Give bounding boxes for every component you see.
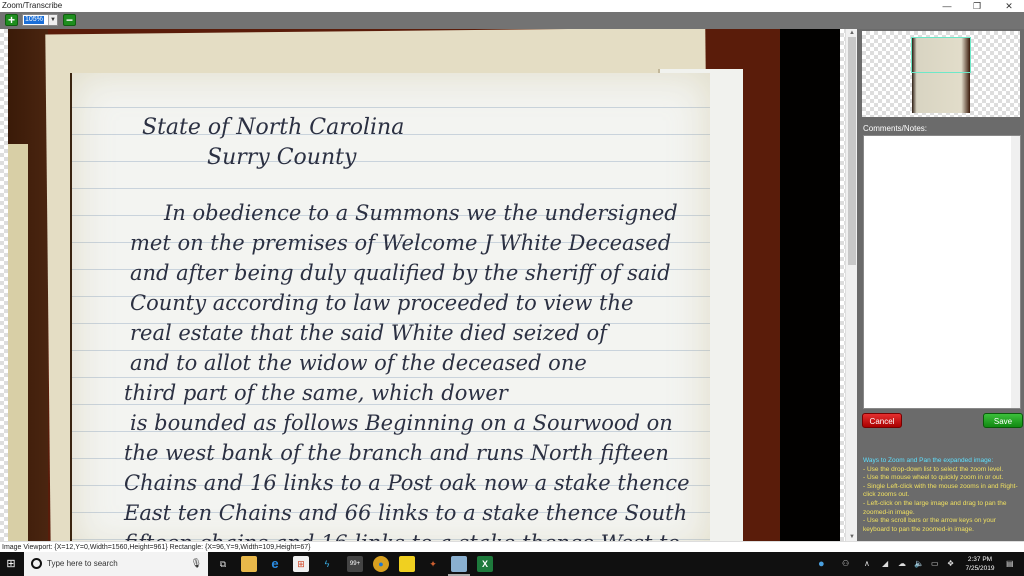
help-item: - Left-click on the large image and drag…	[863, 500, 1023, 517]
edge-icon[interactable]: e	[267, 556, 283, 572]
microphone-icon[interactable]: 🎙	[191, 558, 202, 569]
windows-start-icon[interactable]: ⊞	[0, 552, 22, 576]
zoom-in-button[interactable]: +	[5, 14, 18, 26]
handwritten-line: Chains and 16 links to a Post oak now a …	[124, 471, 690, 495]
zoom-out-button[interactable]: −	[63, 14, 76, 26]
viewport-rectangle[interactable]	[911, 37, 971, 73]
handwritten-line: is bounded as follows Beginning on a Sou…	[130, 411, 673, 435]
chrome-icon[interactable]: ●	[373, 556, 389, 572]
zoom-level-value: 105%	[24, 16, 44, 24]
vertical-scrollbar[interactable]: ▲ ▼	[845, 29, 857, 541]
handwritten-line: State of North Carolina	[142, 115, 404, 140]
handwritten-line: and to allot the widow of the deceased o…	[130, 351, 587, 375]
taskbar: ⊞ Type here to search 🎙 ⧉ e ⊞ ϟ 99+ ● ✦ …	[0, 552, 1024, 576]
window-title: Zoom/Transcribe	[2, 0, 62, 12]
comments-textarea[interactable]	[863, 135, 1021, 409]
search-placeholder: Type here to search	[47, 552, 118, 576]
zoom-level-dropdown[interactable]: 105% ▼	[22, 14, 58, 26]
people-icon[interactable]: ⚇	[842, 552, 849, 576]
handwritten-line: third part of the same, which dower	[124, 381, 508, 405]
volume-icon[interactable]: 🔈	[914, 552, 924, 576]
help-item: - Use the drop-down list to select the z…	[863, 466, 1023, 475]
image-viewport[interactable]: State of North Carolina Surry County In …	[0, 29, 845, 541]
comments-label: Comments/Notes:	[863, 124, 927, 133]
onedrive-icon[interactable]: ☁	[898, 552, 906, 576]
excel-icon[interactable]: X	[477, 556, 493, 572]
chevron-down-icon[interactable]: ▼	[48, 15, 57, 25]
clock-time: 2:37 PM	[960, 555, 1000, 564]
clock[interactable]: 2:37 PM 7/25/2019	[960, 555, 1000, 573]
minimize-button[interactable]: —	[932, 0, 962, 12]
handwritten-line: real estate that the said White died sei…	[130, 321, 607, 345]
app-badge-icon[interactable]: 99+	[347, 556, 363, 572]
handwritten-line: County according to law proceeded to vie…	[130, 291, 633, 315]
handwritten-line: East ten Chains and 66 links to a stake …	[124, 501, 687, 525]
clock-date: 7/25/2019	[960, 564, 1000, 573]
battery-icon[interactable]: ▭	[931, 552, 939, 576]
task-view-icon[interactable]: ⧉	[215, 556, 231, 572]
file-explorer-icon[interactable]	[241, 556, 257, 572]
cancel-button[interactable]: Cancel	[862, 413, 902, 428]
chevron-up-icon[interactable]: ∧	[864, 552, 870, 576]
handwritten-line: met on the premises of Welcome J White D…	[130, 231, 671, 255]
thumbnail-navigator[interactable]	[862, 31, 1020, 117]
toolbar: + 105% ▼ −	[0, 12, 1024, 29]
help-item: - Use the scroll bars or the arrow keys …	[863, 517, 1023, 534]
sticky-notes-icon[interactable]	[399, 556, 415, 572]
plus-icon: +	[8, 13, 15, 27]
handwritten-page: State of North Carolina Surry County In …	[70, 73, 710, 541]
comments-scrollbar[interactable]	[1011, 136, 1020, 408]
scrollbar-thumb[interactable]	[848, 37, 856, 265]
app-blue-icon[interactable]: ϟ	[319, 556, 335, 572]
network-icon[interactable]: ◢	[882, 552, 888, 576]
close-button[interactable]: ✕	[994, 0, 1024, 12]
help-title: Ways to Zoom and Pan the expanded image:	[863, 457, 1023, 466]
handwritten-line: Surry County	[207, 145, 356, 170]
maximize-button[interactable]: ❐	[962, 0, 992, 12]
document-photo[interactable]: State of North Carolina Surry County In …	[8, 29, 840, 541]
help-tray-icon[interactable]: ●	[818, 552, 825, 576]
handwritten-line: fifteen chains and 16 links to a stake t…	[124, 531, 680, 541]
handwritten-line: the west bank of the branch and runs Nor…	[124, 441, 669, 465]
handwritten-line: and after being duly qualified by the sh…	[130, 261, 671, 285]
status-bar: Image Viewport: {X=12,Y=0,Width=1560,Hei…	[0, 541, 1024, 552]
help-item: - Use the mouse wheel to quickly zoom in…	[863, 474, 1023, 483]
save-button[interactable]: Save	[983, 413, 1023, 428]
handwritten-line: In obedience to a Summons we the undersi…	[164, 201, 678, 225]
notifications-icon[interactable]: ▤	[1006, 552, 1014, 576]
title-bar: Zoom/Transcribe — ❐ ✕	[0, 0, 1024, 12]
app-game-icon[interactable]: ✦	[425, 556, 441, 572]
cortana-icon	[31, 558, 42, 569]
taskbar-search[interactable]: Type here to search 🎙	[24, 552, 208, 576]
zoom-transcribe-icon[interactable]	[451, 556, 467, 572]
side-panel: Comments/Notes: Cancel Save Ways to Zoom…	[857, 29, 1024, 541]
minus-icon: −	[66, 13, 73, 27]
help-text: Ways to Zoom and Pan the expanded image:…	[863, 457, 1023, 534]
help-item: - Single Left-click with the mouse zooms…	[863, 483, 1023, 500]
dropbox-icon[interactable]: ❖	[947, 552, 954, 576]
store-icon[interactable]: ⊞	[293, 556, 309, 572]
